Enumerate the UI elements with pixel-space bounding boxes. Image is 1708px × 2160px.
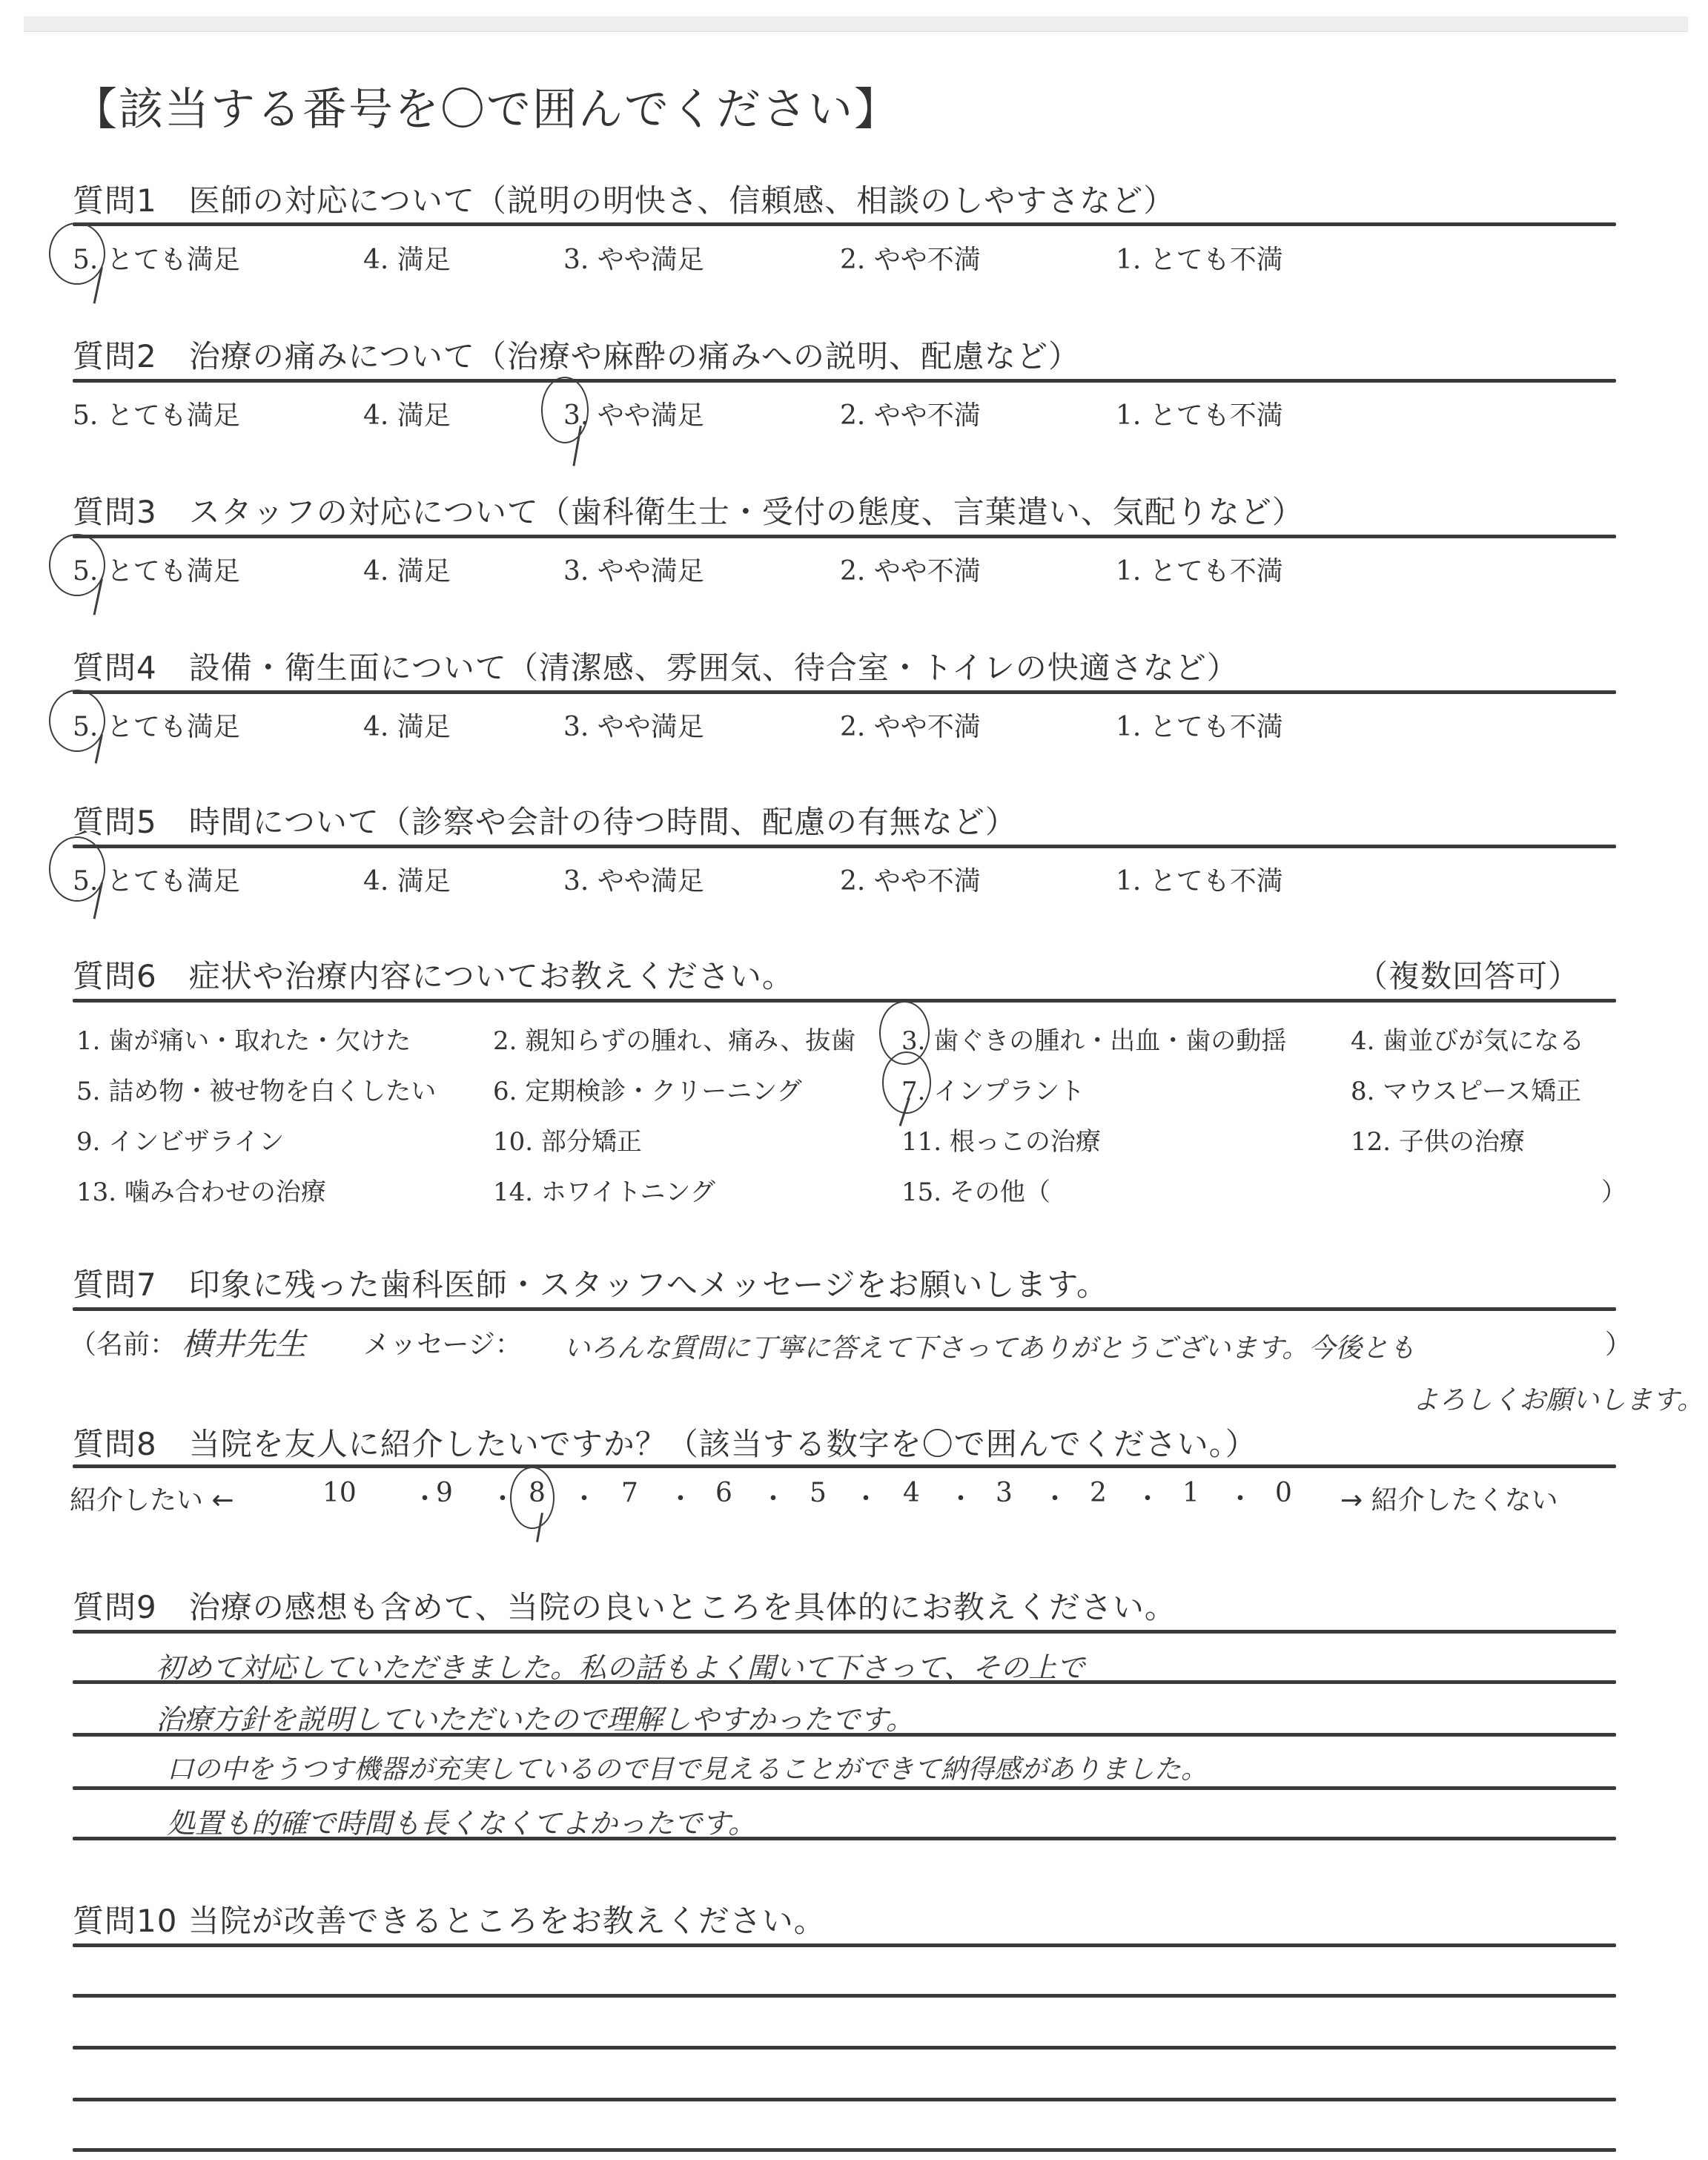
dot-separator: ・: [1042, 1478, 1068, 1516]
q6-option-10[interactable]: 10. 部分矯正: [493, 1121, 642, 1157]
q3-selection-circle: [49, 534, 105, 596]
dot-separator: ・: [1134, 1478, 1161, 1516]
q2-option-4[interactable]: 4. 満足: [363, 394, 451, 432]
q4-rule: [73, 690, 1616, 694]
q8-value-2[interactable]: 2: [1090, 1478, 1107, 1508]
q9-line-2: [73, 1733, 1616, 1737]
q2-option-2[interactable]: 2. やや不満: [840, 394, 981, 432]
q9-line-4: [73, 1837, 1616, 1840]
q7-message-label: メッセージ：: [363, 1324, 522, 1361]
dot-separator: ・: [853, 1478, 879, 1516]
q5-option-4[interactable]: 4. 満足: [363, 860, 451, 898]
dot-separator: ・: [1227, 1478, 1254, 1516]
q10-line-2[interactable]: [73, 1994, 1616, 1998]
dot-separator: ・: [947, 1478, 974, 1516]
q5-rule: [73, 845, 1616, 848]
q2-rule: [73, 379, 1616, 383]
q6-option-9[interactable]: 9. インビザライン: [76, 1121, 284, 1157]
q2-option-5[interactable]: 5. とても満足: [73, 394, 240, 432]
q1-heading: 質問1 医師の対応について（説明の明快さ、信頼感、相談のしやすさなど）: [73, 176, 1175, 221]
q6-rule: [73, 999, 1616, 1003]
q7-close-paren: ）: [1605, 1324, 1632, 1361]
q7-name-label: （名前：: [70, 1324, 176, 1361]
q1-rule: [73, 222, 1616, 226]
q3-option-3[interactable]: 3. やや満足: [563, 550, 704, 588]
q4-heading: 質問4 設備・衛生面について（清潔感、雰囲気、待合室・トイレの快適さなど）: [73, 644, 1239, 688]
q5-option-2[interactable]: 2. やや不満: [840, 860, 981, 898]
q9-line-3: [73, 1786, 1616, 1790]
q3-rule: [73, 535, 1616, 538]
q3-option-2[interactable]: 2. やや不満: [840, 550, 981, 588]
q8-heading: 質問8 当院を友人に紹介したいですか？（該当する数字を〇で囲んでください。）: [73, 1420, 1257, 1464]
q7-heading: 質問7 印象に残った歯科医師・スタッフへメッセージをお願いします。: [73, 1261, 1108, 1305]
q8-value-10[interactable]: 10: [322, 1478, 357, 1508]
q6-option-4[interactable]: 4. 歯並びが気になる: [1351, 1020, 1584, 1057]
q8-left-label: 紹介したい ←: [70, 1479, 234, 1517]
q3-option-4[interactable]: 4. 満足: [363, 550, 451, 588]
q6-other-close-paren: ）: [1601, 1172, 1626, 1208]
q8-selection-circle: [510, 1467, 555, 1529]
q6-heading: 質問6 症状や治療内容についてお教えください。: [73, 952, 794, 997]
q6-option-14[interactable]: 14. ホワイトニング: [493, 1172, 715, 1208]
q9-answer-line-3[interactable]: 口の中をうつす機器が充実しているので目で見えることができて納得感がありました。: [167, 1748, 1208, 1786]
q8-value-0[interactable]: 0: [1275, 1478, 1292, 1508]
q8-value-7[interactable]: 7: [621, 1478, 638, 1508]
q6-option-3[interactable]: 3. 歯ぐきの腫れ・出血・歯の動揺: [901, 1020, 1286, 1057]
q8-value-5[interactable]: 5: [810, 1478, 827, 1508]
q1-option-2[interactable]: 2. やや不満: [840, 239, 981, 277]
q10-line-5[interactable]: [73, 2148, 1616, 2152]
dot-separator: ・: [760, 1478, 787, 1516]
scan-top-edge: [24, 16, 1688, 32]
q6-option-13[interactable]: 13. 噛み合わせの治療: [76, 1172, 326, 1208]
q3-option-1[interactable]: 1. とても不満: [1116, 550, 1283, 588]
q4-option-4[interactable]: 4. 満足: [363, 706, 451, 744]
q2-heading: 質問2 治療の痛みについて（治療や麻酔の痛みへの説明、配慮など）: [73, 332, 1080, 377]
q8-value-1[interactable]: 1: [1182, 1478, 1199, 1508]
q6-multiple-answers-note: （複数回答可）: [1357, 952, 1580, 997]
q1-selection-circle: [49, 222, 105, 285]
q1-option-3[interactable]: 3. やや満足: [563, 239, 704, 277]
q5-option-1[interactable]: 1. とても不満: [1116, 860, 1283, 898]
q8-value-4[interactable]: 4: [903, 1478, 920, 1508]
q6-option-15[interactable]: 15. その他（: [901, 1172, 1050, 1208]
q10-heading: 質問10 当院が改善できるところをお教えください。: [73, 1897, 826, 1941]
q7-message-line-1[interactable]: いろんな質問に丁寧に答えて下さってありがとうございます。今後とも: [563, 1327, 1415, 1365]
q10-line-4[interactable]: [73, 2098, 1616, 2101]
q9-heading: 質問9 治療の感想も含めて、当院の良いところを具体的にお教えください。: [73, 1583, 1176, 1628]
q2-option-1[interactable]: 1. とても不満: [1116, 394, 1283, 432]
q7-message-line-2[interactable]: よろしくお願いします。: [1412, 1379, 1704, 1417]
q6-option-5[interactable]: 5. 詰め物・被せ物を白くしたい: [76, 1071, 436, 1107]
q10-line-1[interactable]: [73, 1943, 1616, 1947]
q4-option-1[interactable]: 1. とても不満: [1116, 706, 1283, 744]
q9-answer-line-1[interactable]: 初めて対応していただきました。私の話もよく聞いて下さって、その上で: [156, 1645, 1085, 1685]
q5-option-3[interactable]: 3. やや満足: [563, 860, 704, 898]
q9-line-1: [73, 1680, 1616, 1684]
q9-rule: [73, 1630, 1616, 1634]
q8-value-9[interactable]: 9: [436, 1478, 453, 1508]
q9-answer-line-4[interactable]: 処置も的確で時間も長くなくてよかったです。: [167, 1800, 756, 1841]
q4-selection-circle: [49, 690, 105, 752]
q4-option-2[interactable]: 2. やや不満: [840, 706, 981, 744]
q4-option-3[interactable]: 3. やや満足: [563, 706, 704, 744]
q6-option-1[interactable]: 1. 歯が痛い・取れた・欠けた: [76, 1020, 411, 1057]
q2-selection-circle: [541, 377, 589, 443]
q1-option-1[interactable]: 1. とても不満: [1116, 239, 1283, 277]
q7-rule: [73, 1307, 1616, 1311]
dot-separator: ・: [667, 1478, 694, 1516]
dot-separator: ・: [571, 1478, 598, 1516]
page-title: 【該当する番号を〇で囲んでください】: [73, 74, 900, 138]
q5-selection-circle: [49, 836, 105, 902]
q5-heading: 質問5 時間について（診察や会計の待つ時間、配慮の有無など）: [73, 798, 1017, 842]
q10-line-3[interactable]: [73, 2046, 1616, 2050]
q8-right-label: → 紹介したくない: [1340, 1479, 1558, 1517]
q9-answer-line-2[interactable]: 治療方針を説明していただいたので理解しやすかったです。: [156, 1697, 914, 1737]
q8-value-3[interactable]: 3: [996, 1478, 1013, 1508]
q7-name-value[interactable]: 横井先生: [182, 1320, 306, 1364]
dot-separator: ・: [411, 1478, 438, 1516]
q6-option-12[interactable]: 12. 子供の治療: [1351, 1121, 1525, 1157]
q6-option-11[interactable]: 11. 根っこの治療: [901, 1121, 1101, 1157]
q6-option-8[interactable]: 8. マウスピース矯正: [1351, 1071, 1581, 1107]
q1-option-4[interactable]: 4. 満足: [363, 239, 451, 277]
q6-option-6[interactable]: 6. 定期検診・クリーニング: [493, 1071, 802, 1107]
q3-heading: 質問3 スタッフの対応について（歯科衛生士・受付の態度、言葉遣い、気配りなど）: [73, 488, 1304, 532]
q6-option-2[interactable]: 2. 親知らずの腫れ、痛み、抜歯: [493, 1020, 855, 1057]
q8-rule: [73, 1464, 1616, 1468]
q8-value-6[interactable]: 6: [715, 1478, 732, 1508]
